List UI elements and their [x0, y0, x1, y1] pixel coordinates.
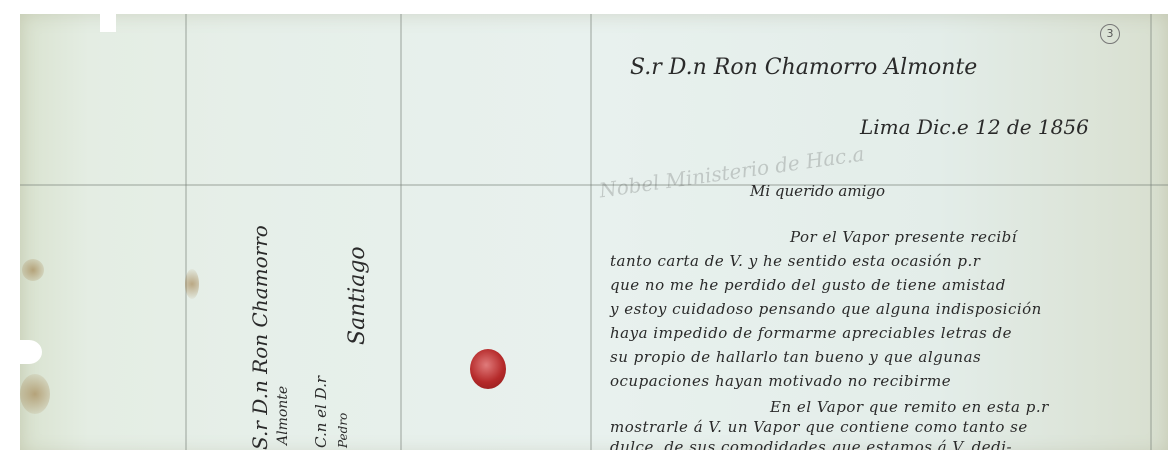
body-line: que no me he perdido del gusto de tiene …	[610, 276, 1006, 294]
torn-edge	[16, 340, 42, 364]
vertical-fold	[400, 14, 402, 450]
body-line: y estoy cuidadoso pensando que alguna in…	[610, 300, 1042, 318]
body-line: su propio de hallarlo tan bueno y que al…	[610, 348, 981, 366]
body-line: tanto carta de V. y he sentido esta ocas…	[610, 252, 980, 270]
salutation: Mi querido amigo	[750, 182, 885, 200]
stain	[20, 374, 50, 414]
page-number: 3	[1100, 24, 1120, 44]
body-line: Por el Vapor presente recibí	[790, 228, 1017, 246]
stain	[22, 259, 44, 281]
body-line: haya impedido de formarme apreciables le…	[610, 324, 1012, 342]
horizontal-fold	[20, 184, 1168, 186]
place-date: Lima Dic.e 12 de 1856	[860, 115, 1089, 139]
vertical-fold	[590, 14, 592, 450]
address-line: Pedro	[336, 413, 350, 448]
address-line: Almonte	[275, 386, 291, 445]
addressee-header: S.r D.n Ron Chamorro Almonte	[630, 55, 977, 80]
vertical-fold	[1150, 14, 1152, 450]
body-line: mostrarle á V. un Vapor que contiene com…	[610, 418, 1028, 436]
address-line: Santiago	[345, 246, 370, 345]
wax-seal	[470, 349, 506, 389]
address-line: C.n el D.r	[312, 376, 330, 448]
address-line: S.r D.n Ron Chamorro	[248, 225, 272, 450]
body-line: dulce, de sus comodidades que estamos á …	[610, 438, 1012, 450]
body-line: ocupaciones hayan motivado no recibirme	[610, 372, 951, 390]
stain	[185, 269, 199, 299]
body-line: En el Vapor que remito en esta p.r	[770, 398, 1049, 416]
torn-corner	[100, 8, 116, 32]
vertical-fold	[185, 14, 187, 450]
